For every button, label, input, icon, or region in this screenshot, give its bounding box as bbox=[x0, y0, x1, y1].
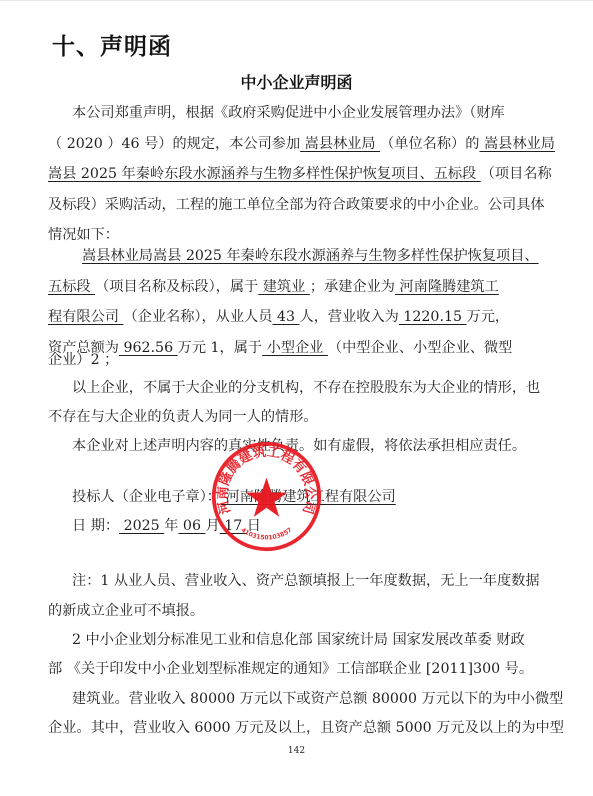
paragraph1-line4: 及标段）采购活动，工程的施工单位全部为符合政策要求的中小企业。公司具体 bbox=[48, 195, 545, 215]
paragraph2-line3: 程有限公司 （企业名称），从业人员 43 人，营业收入为 1220.15 万元， bbox=[48, 307, 509, 327]
responsibility-statement: 本企业对上述声明内容的真实性负责。如有虚假，将依法承担相应责任。 bbox=[72, 436, 526, 456]
note2-line1: 2 中小企业划分标准见工业和信息化部 国家统计局 国家发展改革委 财政 bbox=[72, 630, 525, 650]
bidder-line: 投标人（企业电子章）： 河南隆腾建筑工程有限公司 bbox=[72, 487, 396, 507]
note3-line1: 建筑业。营业收入 80000 万元以下或资产总额 80000 万元以下的为中小微… bbox=[72, 689, 563, 709]
day-field: 17 bbox=[220, 518, 247, 534]
paragraph1-line3: 嵩县 2025 年秦岭东段水源涵养与生物多样性保护恢复项目、五标段 （项目名称 bbox=[48, 164, 552, 184]
project-name-field-start: 嵩县林业局 bbox=[479, 136, 554, 152]
note1-line2: 的新成立企业可不填报。 bbox=[48, 601, 204, 621]
project-name-field: 嵩县 2025 年秦岭东段水源涵养与生物多样性保护恢复项目、五标段 bbox=[48, 166, 481, 182]
paragraph2-line5: 企业）2 ； bbox=[48, 350, 118, 370]
project-name-field: 嵩县林业局嵩县 2025 年秦岭东段水源涵养与生物多样性保护恢复项目、 bbox=[82, 248, 539, 264]
text: ；承建企业为 bbox=[310, 279, 395, 295]
document-title: 中小企业声明函 bbox=[0, 70, 593, 93]
paragraph1-line1: 本公司郑重声明，根据《政府采购促进中小企业发展管理办法》（财库 bbox=[72, 103, 505, 123]
enterprise-type-field: 小型企业 bbox=[262, 340, 328, 356]
section-heading: 十、声明函 bbox=[52, 28, 172, 61]
employees-field: 43 bbox=[272, 309, 299, 325]
unit-name-field: 嵩县林业局 bbox=[300, 136, 380, 152]
paragraph1-line5: 情况如下： bbox=[48, 225, 119, 245]
bidder-name-field: 河南隆腾建筑工程有限公司 bbox=[221, 489, 396, 505]
text: 万元， bbox=[467, 309, 510, 325]
text: （项目名称 bbox=[481, 166, 552, 182]
text: 月 bbox=[206, 518, 220, 534]
page-top-border bbox=[0, 0, 593, 1]
project-name-field-end: 五标段 bbox=[48, 279, 95, 295]
note1-line1: 注：1 从业人员、营业收入、资产总额填报上一年度数据，无上一年度数据 bbox=[72, 571, 540, 591]
month-field: 06 bbox=[178, 518, 205, 534]
page-number: 142 bbox=[0, 746, 593, 756]
assets-field: 962.56 bbox=[119, 340, 178, 356]
note2-line2: 部 《关于印发中小企业划型标准规定的通知》工信部联企业 [2011]300 号。 bbox=[48, 659, 533, 679]
text: 年 bbox=[164, 518, 178, 534]
paragraph2-line1: 嵩县林业局嵩县 2025 年秦岭东段水源涵养与生物多样性保护恢复项目、 bbox=[82, 246, 539, 266]
note3-line2: 企业。其中，营业收入 6000 万元及以上，且资产总额 5000 万元及以上的为… bbox=[48, 718, 564, 738]
text: （ 2020 ）46 号）的规定，本公司参加 bbox=[48, 136, 300, 152]
text: （中型企业、小型企业、微型 bbox=[328, 340, 512, 356]
text: 万元 1，属于 bbox=[178, 340, 262, 356]
industry-field: 建筑业 bbox=[258, 279, 310, 295]
paragraph3-line1: 以上企业，不属于大企业的分支机构，不存在控股股东为大企业的情形，也 bbox=[72, 378, 540, 398]
text: （项目名称及标段），属于 bbox=[95, 279, 258, 295]
paragraph2-line2: 五标段 （项目名称及标段），属于 建筑业 ；承建企业为 河南隆腾建筑工 bbox=[48, 277, 499, 297]
bidder-label: 投标人（企业电子章）： bbox=[72, 489, 221, 505]
year-field: 2025 bbox=[119, 518, 164, 534]
text: 日 bbox=[247, 518, 261, 534]
text: （企业名称），从业人员 bbox=[123, 309, 272, 325]
company-name-field: 河南隆腾建筑工 bbox=[395, 279, 499, 295]
date-label: 日 期： bbox=[72, 518, 119, 534]
text: （单位名称）的 bbox=[380, 136, 479, 152]
text: 人，营业收入为 bbox=[300, 309, 399, 325]
company-name-field-end: 程有限公司 bbox=[48, 309, 123, 325]
revenue-field: 1220.15 bbox=[399, 309, 467, 325]
paragraph1-line2: （ 2020 ）46 号）的规定，本公司参加 嵩县林业局 （单位名称）的 嵩县林… bbox=[48, 134, 555, 154]
paragraph3-line2: 不存在与大企业的负责人为同一人的情形。 bbox=[48, 407, 318, 427]
date-line: 日 期： 2025 年 06 月 17 日 bbox=[72, 516, 261, 536]
